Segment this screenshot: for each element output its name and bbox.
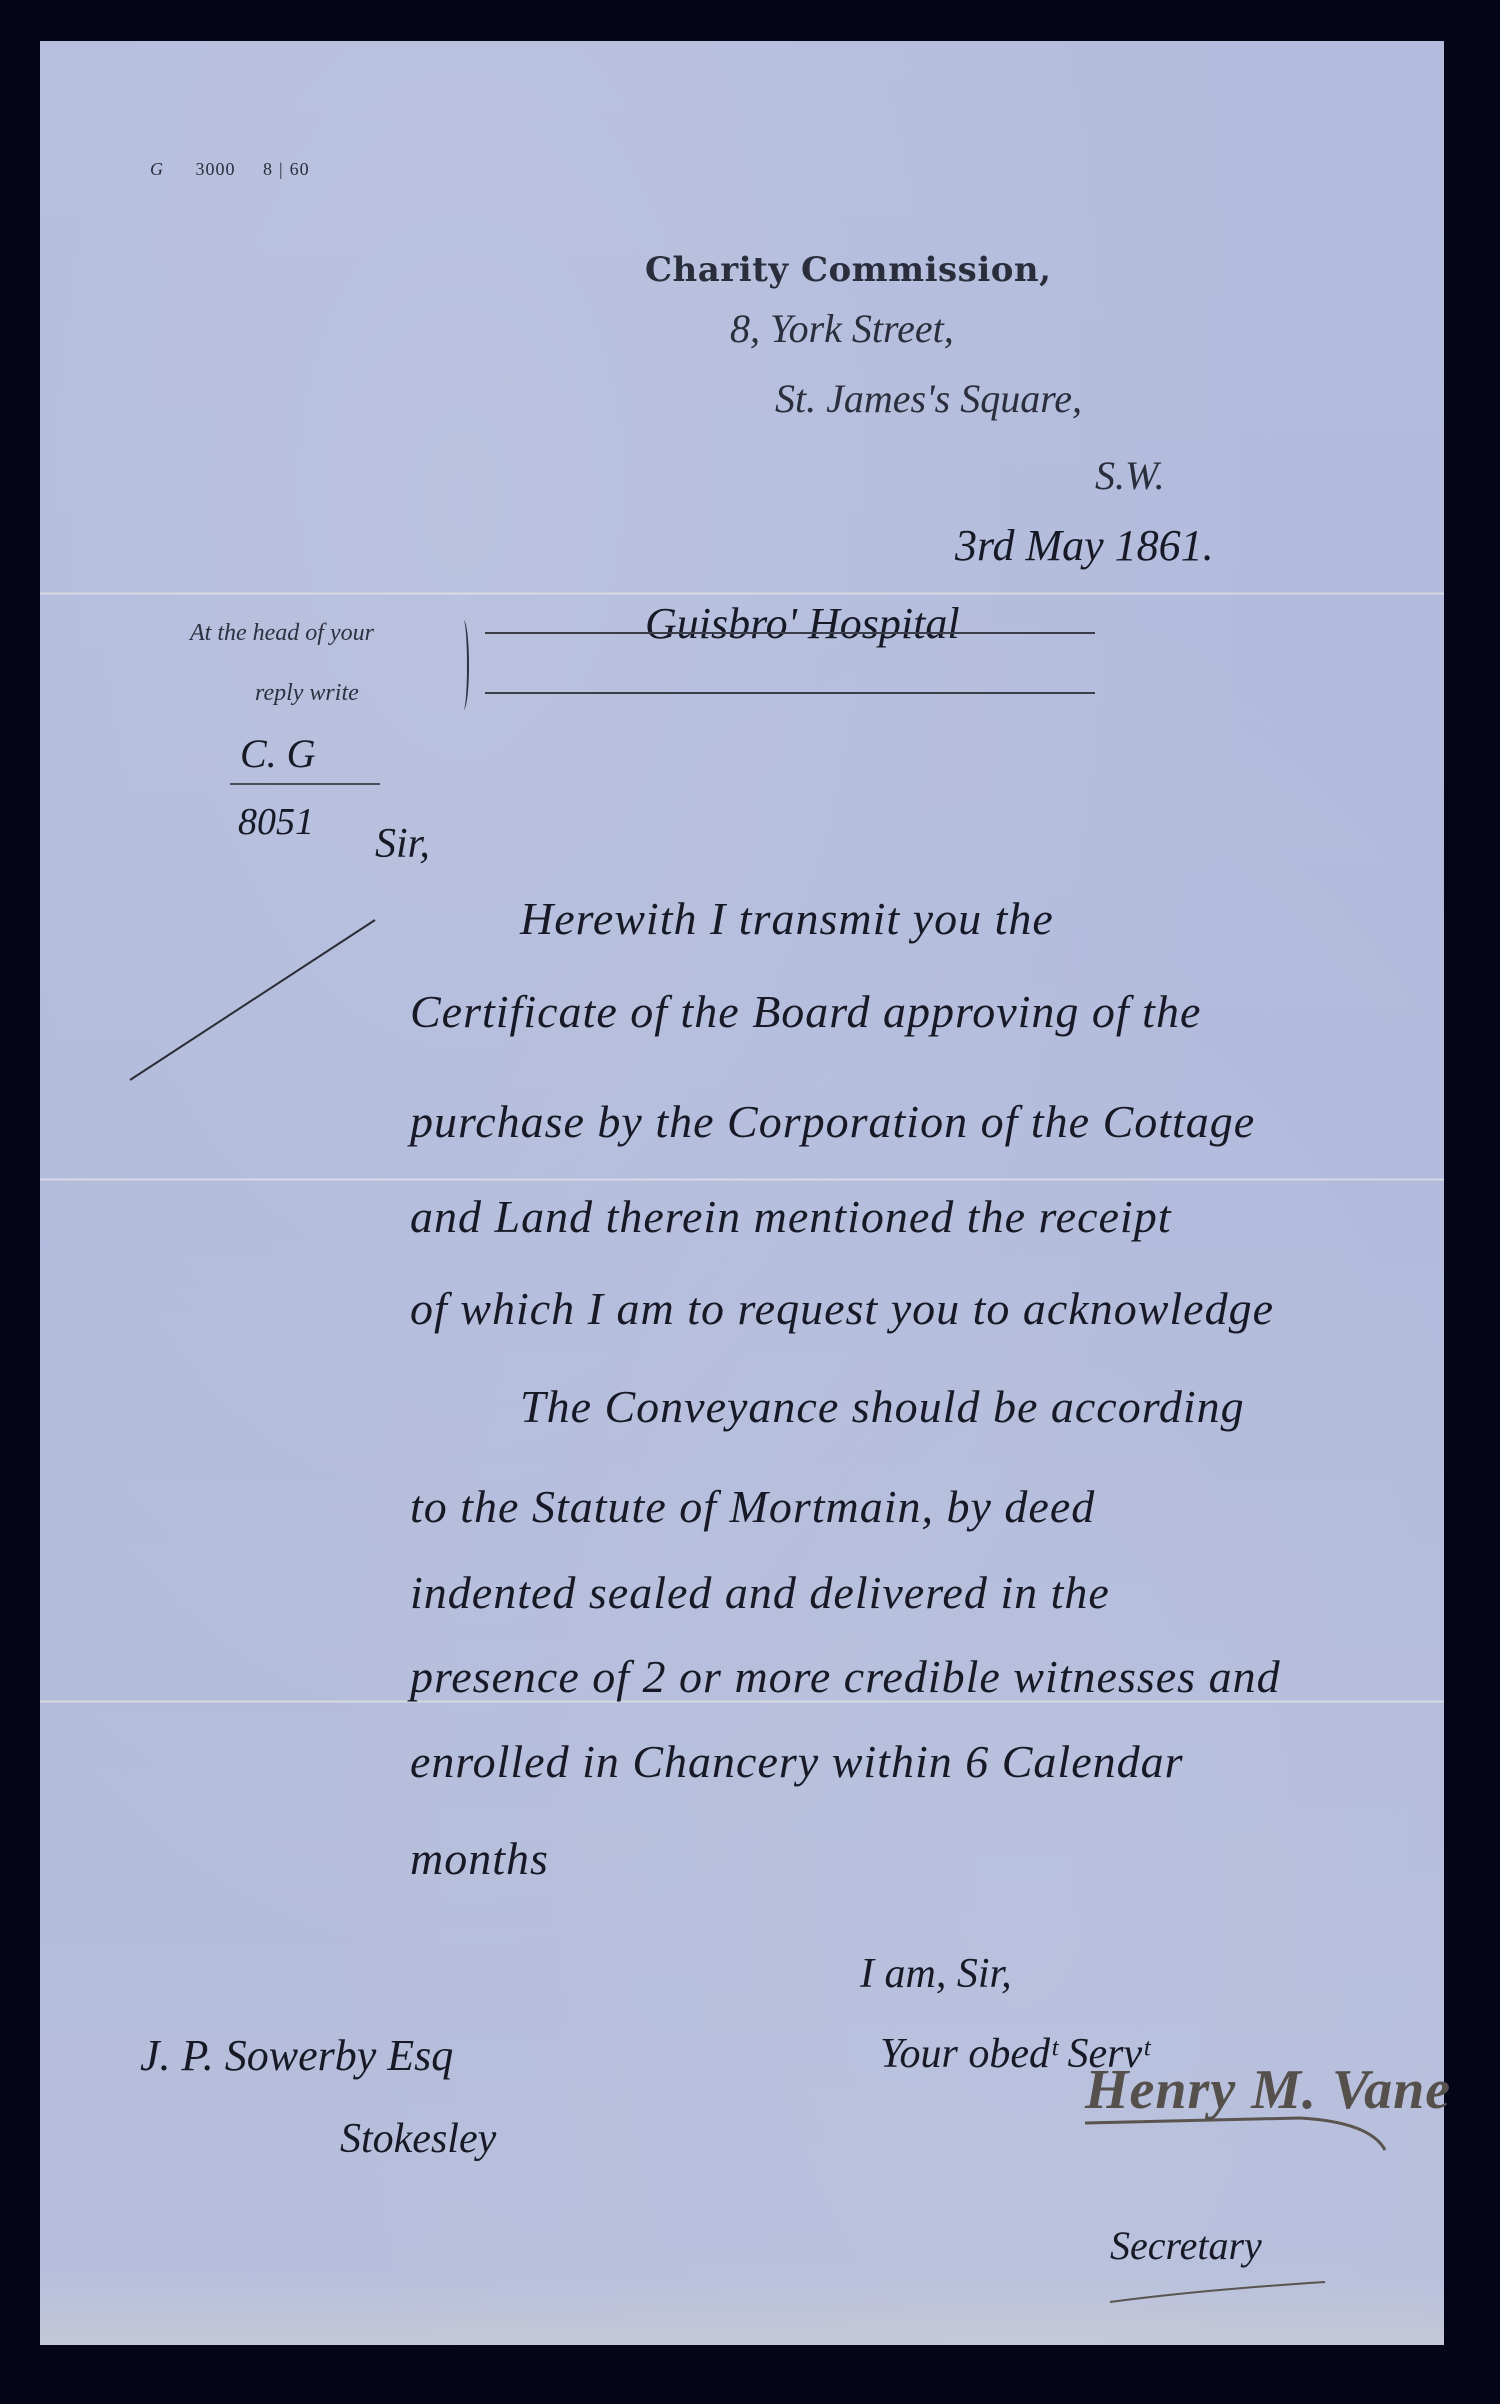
recipient-name: J. P. Sowerby Esq bbox=[140, 2030, 453, 2081]
signature-title: Secretary bbox=[1110, 2222, 1262, 2269]
signature: Henry M. Vane bbox=[1085, 2058, 1451, 2122]
body-line: indented sealed and delivered in the bbox=[410, 1566, 1110, 1619]
body-line: to the Statute of Mortmain, by deed bbox=[410, 1480, 1095, 1533]
recipient-place: Stokesley bbox=[340, 2115, 496, 2163]
body-line: and Land therein mentioned the receipt bbox=[410, 1190, 1172, 1243]
body-line: enrolled in Chancery within 6 Calendar bbox=[410, 1735, 1184, 1788]
body-line: Herewith I transmit you the bbox=[520, 892, 1054, 945]
body-line: of which I am to request you to acknowle… bbox=[410, 1282, 1274, 1335]
closing-line-1: I am, Sir, bbox=[860, 1950, 1012, 1998]
body-line: presence of 2 or more credible witnesses… bbox=[410, 1650, 1281, 1703]
body-line: Certificate of the Board approving of th… bbox=[410, 985, 1201, 1038]
body-line: The Conveyance should be according bbox=[520, 1380, 1245, 1433]
body-line: purchase by the Corporation of the Cotta… bbox=[410, 1095, 1255, 1148]
body-line: months bbox=[410, 1832, 549, 1885]
